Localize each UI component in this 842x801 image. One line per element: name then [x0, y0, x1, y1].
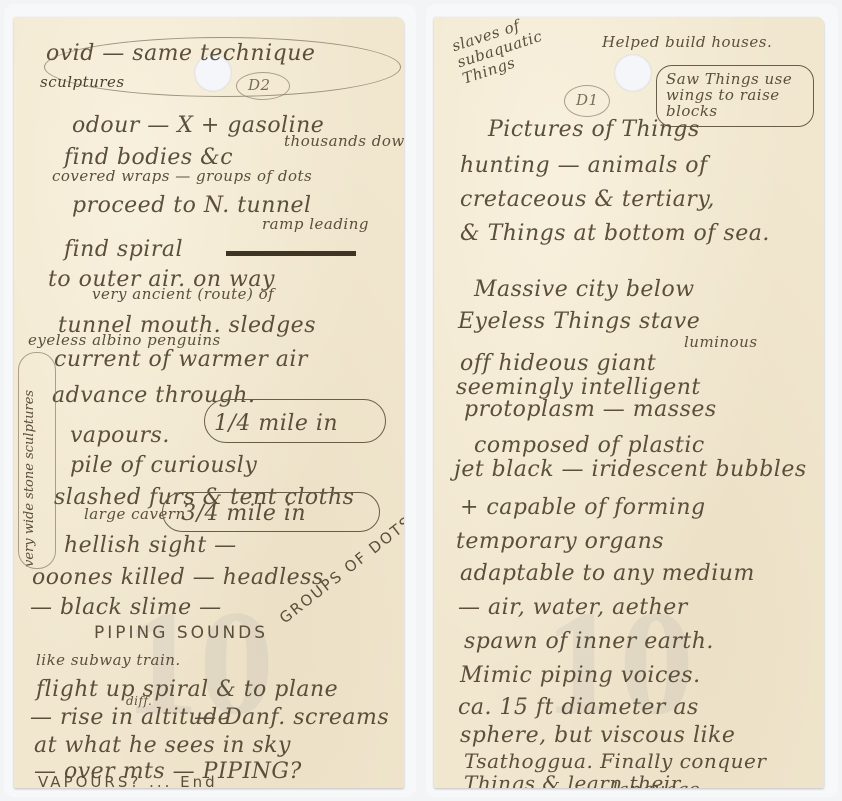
note-line: flight up spiral & to plane: [36, 679, 338, 701]
note-line: Pictures of Things: [488, 119, 700, 141]
margin-note-bracket: [18, 352, 56, 569]
note-line: very ancient (route) of: [92, 287, 274, 302]
boxed-note: Saw Things use wings to raise blocks: [666, 71, 806, 119]
note-line: find spiral: [64, 239, 183, 261]
note-line: adaptable to any medium: [460, 563, 755, 585]
corner-note: Helped build houses.: [602, 35, 772, 50]
note-line: like subway train.: [36, 653, 181, 668]
note-line: sphere, but viscous like: [460, 725, 735, 747]
note-line: PIPING SOUNDS: [94, 625, 268, 642]
note-line: current of warmer air: [54, 349, 308, 371]
note-line: hunting — animals of: [460, 155, 708, 177]
note-line: VAPOURS? ... End: [38, 775, 218, 788]
note-line: off hideous giant: [460, 353, 656, 375]
note-line: ooones killed — headless: [32, 567, 324, 589]
note-line: language.: [612, 781, 706, 788]
note-line: spawn of inner earth.: [464, 631, 714, 653]
note-line: — Danf. screams: [194, 707, 389, 729]
struck-out-word: [226, 251, 356, 256]
note-line: thousands down: [284, 134, 404, 149]
note-line: temporary organs: [456, 531, 664, 553]
note-line: at what he sees in sky: [34, 735, 291, 757]
note-line: protoplasm — masses: [464, 399, 717, 421]
note-line: — air, water, aether: [458, 597, 688, 619]
note-line: cretaceous & tertiary,: [460, 189, 715, 211]
note-line: ovid — same technique: [46, 43, 315, 65]
note-line: Eyeless Things stave: [458, 311, 700, 333]
note-line: pile of curiously: [70, 455, 257, 477]
note-line: seemingly intelligent: [456, 377, 701, 399]
manuscript-card-d1: 10 slaves of subaquatic Things Helped bu…: [434, 17, 824, 788]
note-line: vapours.: [70, 425, 170, 447]
note-line: Tsathoggua. Finally conquer: [464, 751, 766, 771]
note-line: diff.: [126, 695, 152, 707]
note-line: + capable of forming: [460, 497, 706, 519]
note-line: jet black — iridescent bubbles: [454, 459, 807, 481]
note-line: composed of plastic: [474, 435, 705, 457]
note-line: hellish sight —: [64, 535, 237, 557]
note-line: & Things at bottom of sea.: [460, 223, 770, 245]
note-line: ramp leading: [262, 217, 369, 232]
note-line: ca. 15 ft diameter as: [458, 697, 699, 719]
note-line: Massive city below: [474, 279, 695, 301]
manuscript-card-d2: 10 D2 ovid — same technique sculptures o…: [14, 17, 404, 788]
note-line: sculptures: [40, 75, 125, 90]
page-label: D1: [576, 93, 599, 108]
note-line: — black slime —: [30, 597, 222, 619]
note-line: 3/4 mile in: [182, 503, 306, 525]
punch-hole: [614, 54, 652, 92]
note-line: luminous: [684, 335, 758, 350]
note-line: Mimic piping voices.: [460, 665, 701, 687]
note-line: 1/4 mile in: [214, 413, 338, 435]
corner-note: slaves of subaquatic Things: [450, 17, 570, 88]
note-line: find bodies &c: [64, 147, 233, 169]
page-label: D2: [248, 78, 271, 93]
note-line: covered wraps — groups of dots: [52, 169, 312, 184]
note-line: eyeless albino penguins: [28, 333, 221, 348]
note-line: proceed to N. tunnel: [72, 195, 312, 217]
